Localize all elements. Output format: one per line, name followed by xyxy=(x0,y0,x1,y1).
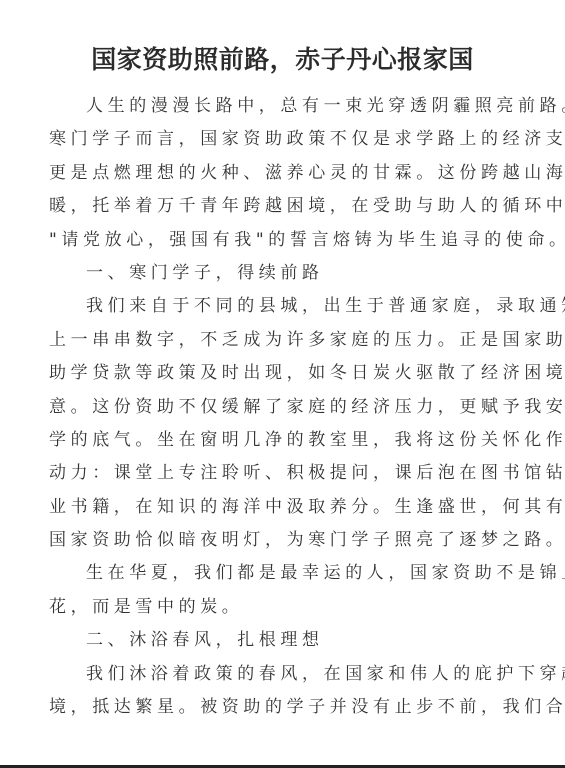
document-title: 国家资助照前路，赤子丹心报家国 xyxy=(0,42,565,78)
text-line: 二、沐浴春风，扎根理想 xyxy=(49,624,525,657)
text-line: 我们沐浴着政策的春风，在国家和伟人的庇护下穿越逆 xyxy=(49,658,525,691)
text-line: 意。这份资助不仅缓解了家庭的经济压力，更赋予我安心求 xyxy=(49,391,525,424)
text-line: 助学贷款等政策及时出现，如冬日炭火驱散了经济困境的寒 xyxy=(49,357,525,390)
text-line: 花，而是雪中的炭。 xyxy=(49,591,525,624)
text-line: 生在华夏，我们都是最幸运的人，国家资助不是锦上的 xyxy=(49,557,525,590)
text-line: 动力：课堂上专注聆听、积极提问，课后泡在图书馆钻研专 xyxy=(49,457,525,490)
text-line: 一、寒门学子，得续前路 xyxy=(49,257,525,290)
text-line: 国家资助恰似暗夜明灯，为寒门学子照亮了逐梦之路。 xyxy=(49,524,525,557)
text-line: 我们来自于不同的县城，出生于普通家庭，录取通知书 xyxy=(49,290,525,323)
document-body: 人生的漫漫长路中，总有一束光穿透阴霾照亮前路。于寒门学子而言，国家资助政策不仅是… xyxy=(49,90,525,724)
text-line: 更是点燃理想的火种、滋养心灵的甘霖。这份跨越山海的温 xyxy=(49,157,525,190)
text-line: 境，抵达繁星。被资助的学子并没有止步不前，我们合理利 xyxy=(49,691,525,724)
text-line: 暖，托举着万千青年跨越困境，在受助与助人的循环中，将 xyxy=(49,190,525,223)
text-line: "请党放心，强国有我"的誓言熔铸为毕生追寻的使命。 xyxy=(49,224,525,257)
text-line: 上一串串数字，不乏成为许多家庭的压力。正是国家助学金、 xyxy=(49,324,525,357)
text-line: 学的底气。坐在窗明几净的教室里，我将这份关怀化作学习 xyxy=(49,424,525,457)
text-line: 人生的漫漫长路中，总有一束光穿透阴霾照亮前路。于 xyxy=(49,90,525,123)
document-page: 国家资助照前路，赤子丹心报家国 人生的漫漫长路中，总有一束光穿透阴霾照亮前路。于… xyxy=(0,0,565,766)
text-line: 业书籍，在知识的海洋中汲取养分。生逢盛世，何其有幸， xyxy=(49,491,525,524)
text-line: 寒门学子而言，国家资助政策不仅是求学路上的经济支柱， xyxy=(49,123,525,156)
